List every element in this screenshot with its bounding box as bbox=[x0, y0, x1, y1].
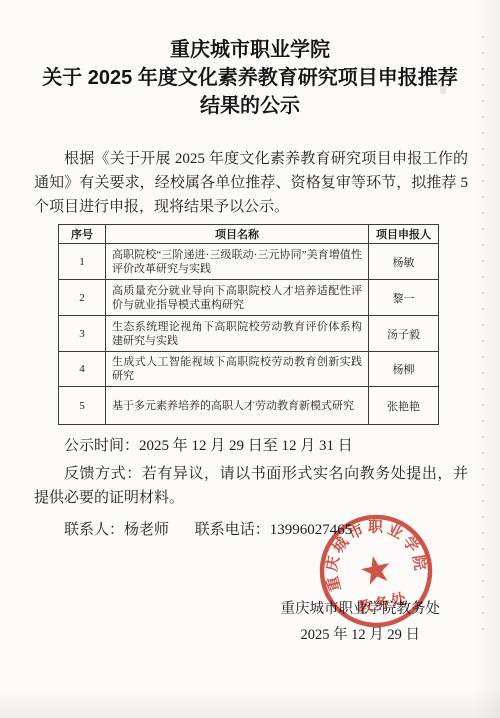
table-row: 2 高质量充分就业导向下高职院校人才培养适配性评价与就业指导模式重构研究 黎一 bbox=[59, 280, 439, 316]
document-title: 重庆城市职业学院 关于 2025 年度文化素养教育研究项目申报推荐 结果的公示 bbox=[20, 36, 480, 120]
applicant-name: 黎一 bbox=[369, 280, 439, 316]
star-icon: ★ bbox=[355, 547, 397, 595]
feedback-method: 反馈方式：若有异议，请以书面形式实名向教务处提出，并提供必要的证明材料。 bbox=[34, 462, 468, 510]
table-row: 4 生成式人工智能视域下高职院校劳动教育创新实践研究 杨柳 bbox=[59, 352, 439, 387]
project-name: 高职院校“三阶递进·三级联动·三元协同”美育增值性评价改革研究与实践 bbox=[106, 244, 369, 280]
applicant-name: 杨柳 bbox=[369, 352, 439, 387]
contact-person: 联系人：杨老师 bbox=[64, 522, 169, 538]
intro-paragraph: 根据《关于开展 2025 年度文化素养教育研究项目申报工作的通知》有关要求，经校… bbox=[34, 147, 468, 219]
scan-artifact-speck-line bbox=[482, 36, 484, 636]
scan-artifact-smudge bbox=[440, 84, 446, 94]
applicant-name: 汤子毅 bbox=[369, 316, 439, 352]
publicity-period: 公示时间：2025 年 12 月 29 日至 12 月 31 日 bbox=[34, 434, 468, 458]
table-row: 1 高职院校“三阶递进·三级联动·三元协同”美育增值性评价改革研究与实践 杨敏 bbox=[59, 244, 439, 280]
column-header-index: 序号 bbox=[59, 225, 106, 244]
project-name: 高质量充分就业导向下高职院校人才培养适配性评价与就业指导模式重构研究 bbox=[106, 280, 369, 316]
contact-line: 联系人：杨老师 联系电话：13996027465 bbox=[34, 518, 468, 542]
project-name: 生成式人工智能视域下高职院校劳动教育创新实践研究 bbox=[106, 352, 369, 387]
table-row: 5 基于多元素养培养的高职人才劳动教育新模式研究 张艳艳 bbox=[59, 387, 439, 425]
column-header-project-name: 项目名称 bbox=[106, 225, 369, 244]
signature-org: 重庆城市职业学院教务处 bbox=[281, 596, 441, 622]
table-row: 3 生态系统理论视角下高职院校劳动教育评价体系构建研究与实践 汤子毅 bbox=[59, 316, 439, 352]
applicant-name: 杨敏 bbox=[369, 244, 439, 280]
signature-date: 2025 年 12 月 29 日 bbox=[281, 622, 441, 648]
applicant-name: 张艳艳 bbox=[369, 387, 439, 425]
signature-block: 重庆城市职业学院教务处 2025 年 12 月 29 日 bbox=[0, 596, 500, 648]
row-index: 2 bbox=[59, 280, 106, 316]
table-header-row: 序号 项目名称 项目申报人 bbox=[59, 225, 439, 244]
title-subject-line: 关于 2025 年度文化素养教育研究项目申报推荐 bbox=[20, 64, 480, 92]
row-index: 3 bbox=[59, 316, 106, 352]
contact-phone: 联系电话：13996027465 bbox=[195, 522, 353, 538]
column-header-applicant: 项目申报人 bbox=[369, 225, 439, 244]
title-result-line: 结果的公示 bbox=[20, 92, 480, 120]
row-index: 4 bbox=[59, 352, 106, 387]
title-org-name: 重庆城市职业学院 bbox=[20, 36, 480, 64]
announcement-document: 重庆城市职业学院 关于 2025 年度文化素养教育研究项目申报推荐 结果的公示 … bbox=[0, 0, 500, 718]
row-index: 1 bbox=[59, 244, 106, 280]
project-name: 生态系统理论视角下高职院校劳动教育评价体系构建研究与实践 bbox=[106, 316, 369, 352]
row-index: 5 bbox=[59, 387, 106, 425]
project-name: 基于多元素养培养的高职人才劳动教育新模式研究 bbox=[106, 387, 369, 425]
projects-table: 序号 项目名称 项目申报人 1 高职院校“三阶递进·三级联动·三元协同”美育增值… bbox=[58, 224, 439, 425]
